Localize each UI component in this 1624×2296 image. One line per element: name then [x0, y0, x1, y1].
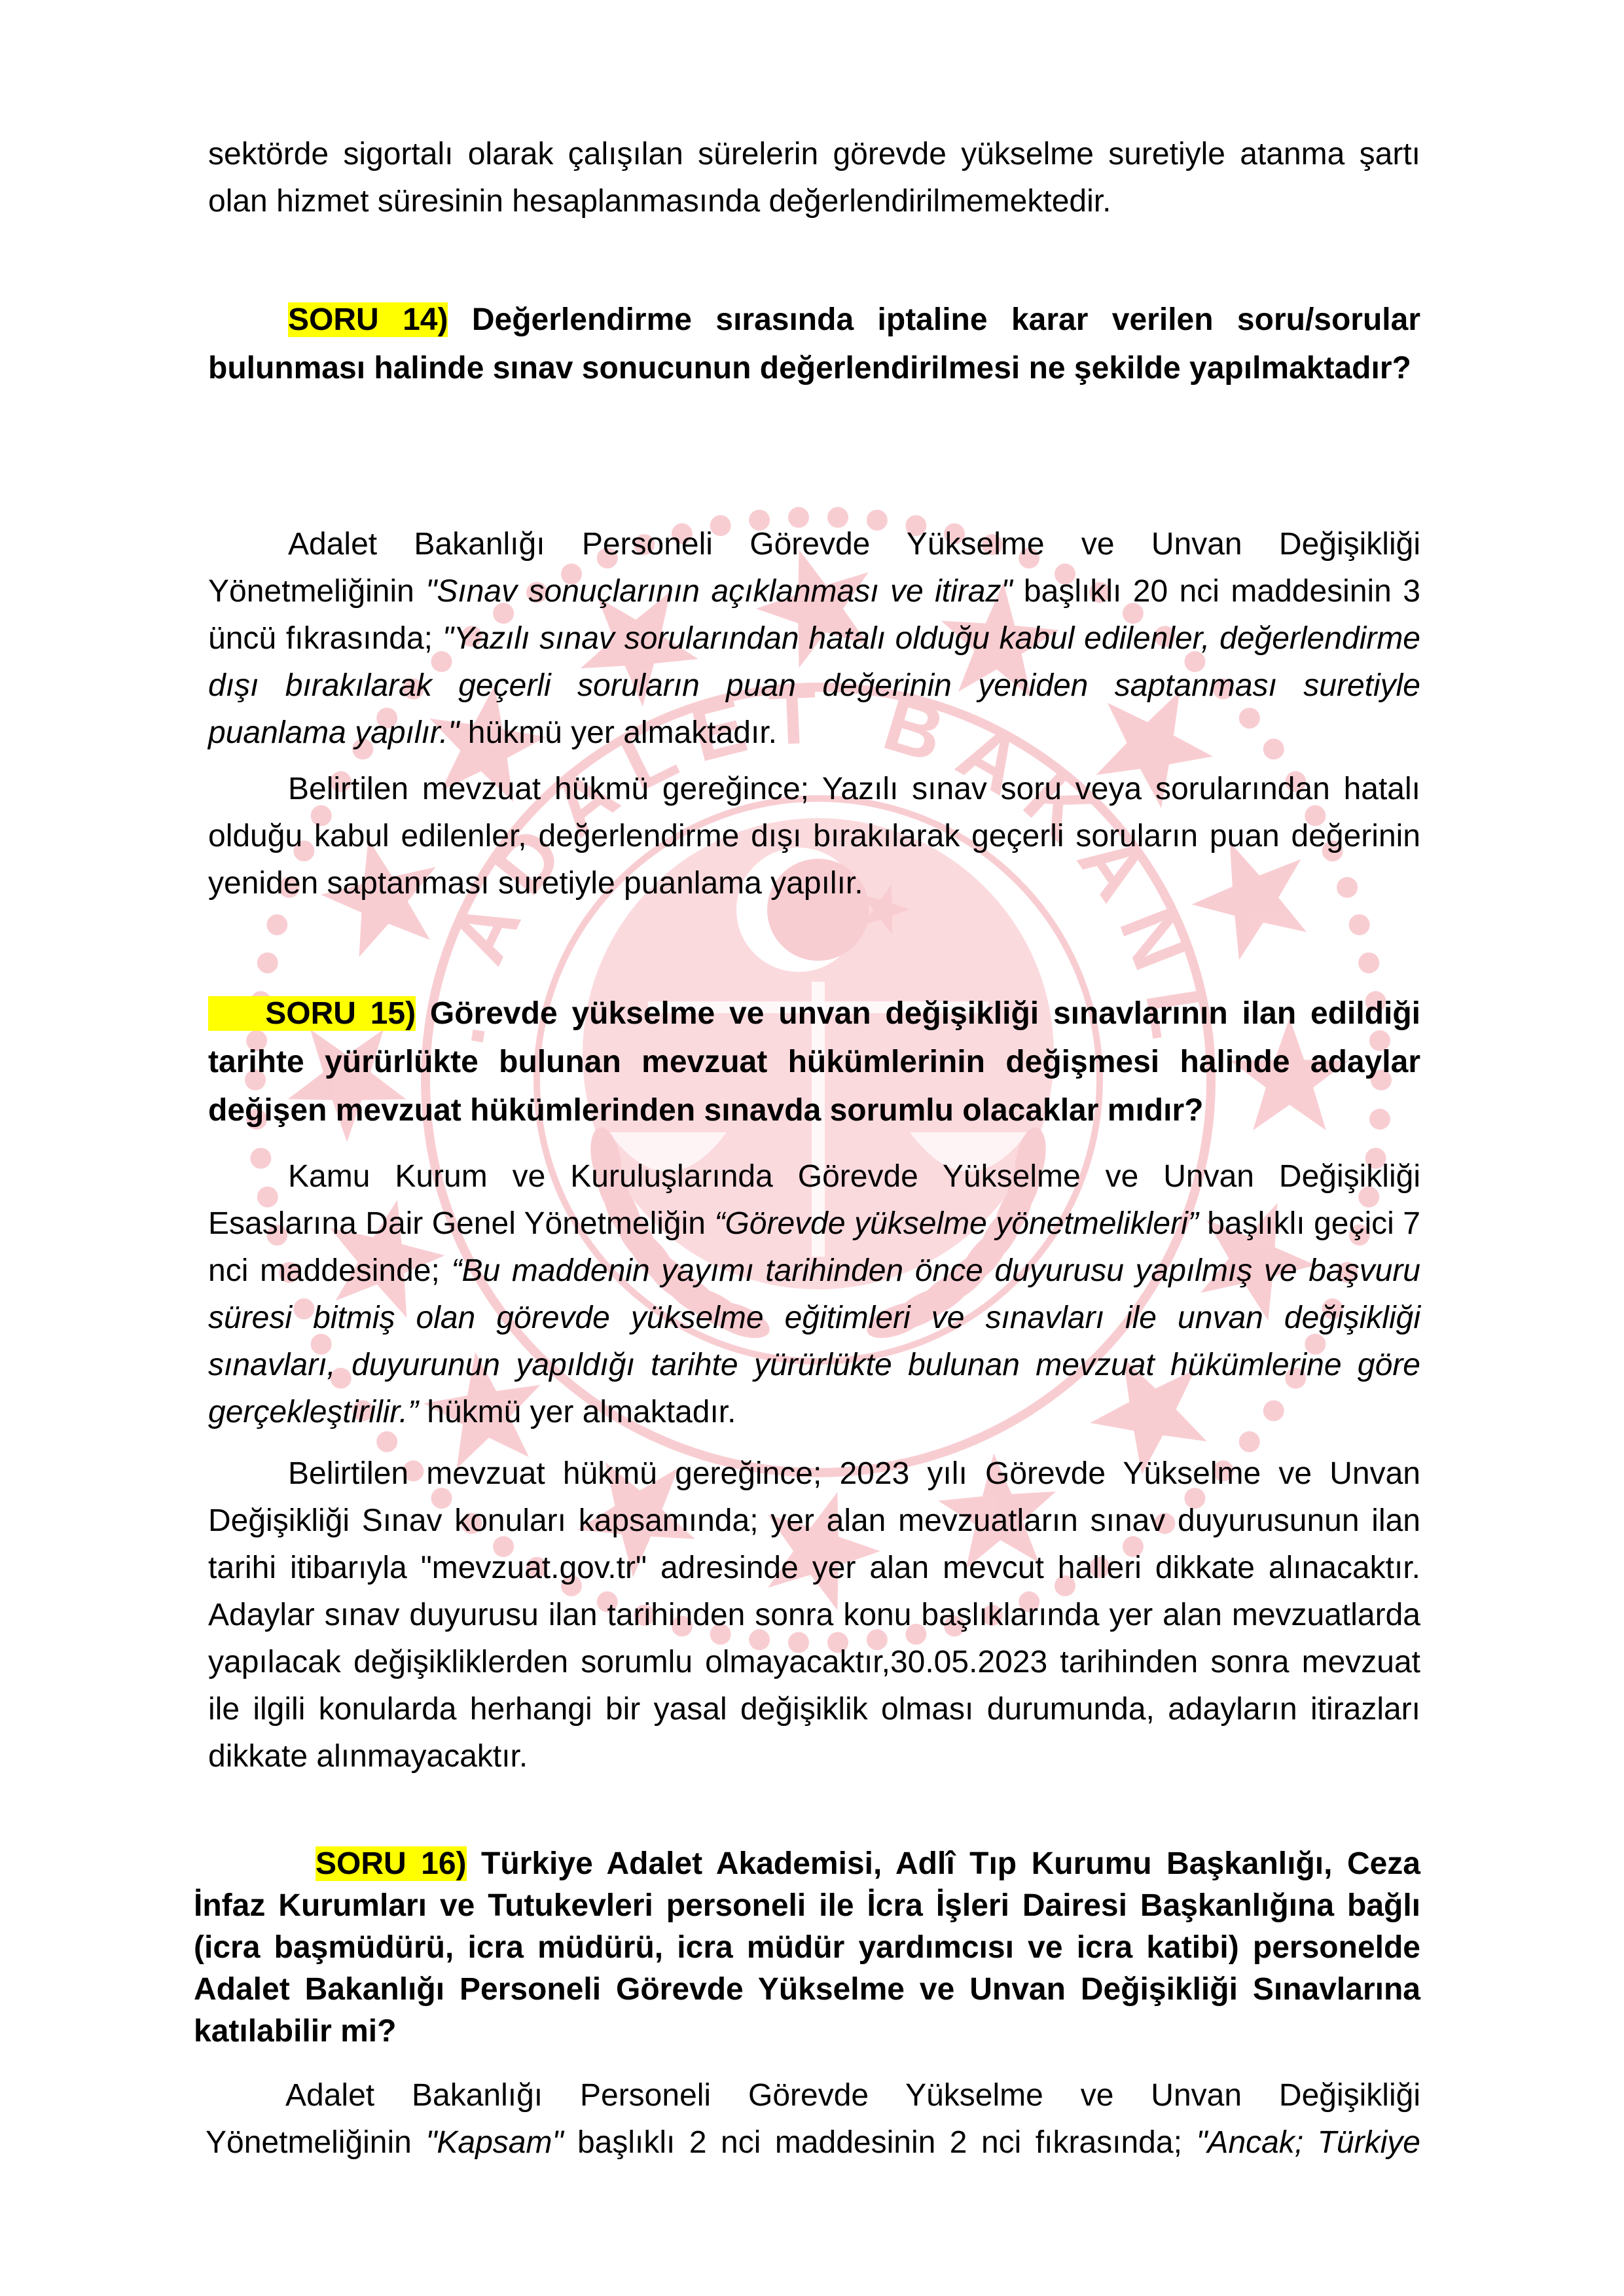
question-15: SORU 15) Görevde yükselme ve unvan değiş… — [208, 990, 1420, 1135]
answer-15-paragraph-2: Belirtilen mevzuat hükmü gereğince; 2023… — [208, 1450, 1420, 1780]
answer-14-paragraph-2: Belirtilen mevzuat hükmü gereğince; Yazı… — [208, 766, 1420, 907]
question-16-heading: SORU 16) Türkiye Adalet Akademisi, Adlî … — [194, 1843, 1420, 2053]
question-14-label: SORU 14) — [288, 302, 448, 337]
answer-16-paragraph-1: Adalet Bakanlığı Personeli Görevde Yükse… — [206, 2072, 1420, 2166]
question-14-heading: SORU 14) Değerlendirme sırasında iptalin… — [208, 296, 1420, 393]
answer-15-paragraph-1: Kamu Kurum ve Kuruluşlarında Görevde Yük… — [208, 1153, 1420, 1436]
answer-14: Adalet Bakanlığı Personeli Görevde Yükse… — [208, 521, 1420, 907]
question-14: SORU 14) Değerlendirme sırasında iptalin… — [208, 296, 1420, 393]
intro-paragraph: sektörde sigortalı olarak çalışılan süre… — [208, 131, 1420, 225]
answer-14-paragraph-1: Adalet Bakanlığı Personeli Görevde Yükse… — [208, 521, 1420, 757]
answer-15: Kamu Kurum ve Kuruluşlarında Görevde Yük… — [208, 1153, 1420, 1780]
answer-16: Adalet Bakanlığı Personeli Görevde Yükse… — [206, 2072, 1420, 2166]
question-16: SORU 16) Türkiye Adalet Akademisi, Adlî … — [194, 1843, 1420, 2053]
question-15-label: SORU 15) — [208, 996, 416, 1031]
question-16-label: SORU 16) — [316, 1846, 467, 1881]
intro-text: sektörde sigortalı olarak çalışılan süre… — [208, 131, 1420, 225]
question-15-heading: SORU 15) Görevde yükselme ve unvan değiş… — [208, 990, 1420, 1135]
